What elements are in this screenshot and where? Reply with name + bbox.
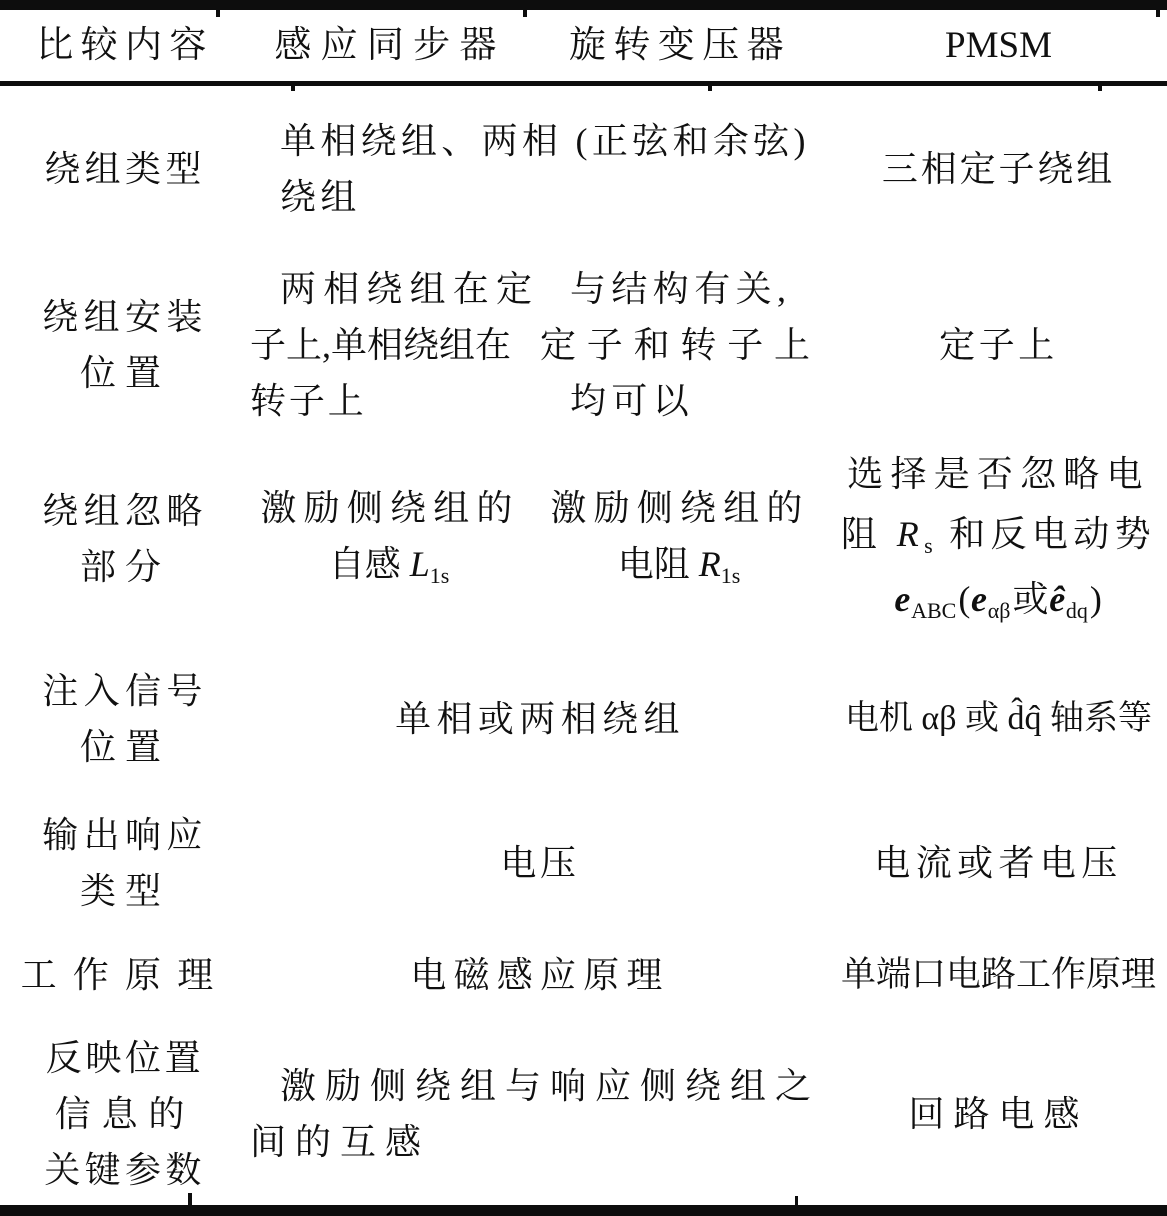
var-R1s: R bbox=[699, 544, 721, 584]
cell-mounting-inductosyn: 两相绕组在定 子上,单相绕组在 转子上 bbox=[250, 252, 530, 437]
cell-winding-type-sensors: 单相绕组、两相 (正弦和余弦) 绕组 bbox=[250, 86, 830, 252]
cell-line: 均可以 bbox=[570, 373, 694, 429]
header-label: 旋转变压器 bbox=[569, 18, 791, 74]
row-label-winding-type: 绕组类型 bbox=[0, 86, 250, 252]
header-cell-pmsm: PMSM bbox=[830, 10, 1167, 86]
header-label: PMSM bbox=[945, 18, 1052, 74]
cell-neglected-inductosyn: 激励侧绕组的 自感 L1s bbox=[250, 437, 530, 640]
cell-line: 转子上 bbox=[250, 373, 367, 429]
cell-line: 电阻 R1s bbox=[618, 536, 743, 597]
var-Rs: R bbox=[897, 514, 924, 554]
sub-alphabeta: αβ bbox=[988, 598, 1011, 623]
header-cell-compare: 比较内容 bbox=[0, 10, 250, 86]
sub-1s: 1s bbox=[430, 563, 450, 588]
cell-line: 激励侧绕组的 bbox=[550, 480, 809, 536]
cell-line: 激励侧绕组与响应侧绕组之 bbox=[280, 1058, 820, 1114]
row-label-neglected-part: 绕组忽略 部分 bbox=[0, 437, 250, 640]
comparison-table: 比较内容 感应同步器 旋转变压器 PMSM 绕组类型 单相绕组、两相 (正弦和余… bbox=[0, 10, 1167, 1205]
row-label-output-response: 输出响应 类型 bbox=[0, 798, 250, 928]
header-cell-resolver: 旋转变压器 bbox=[530, 10, 830, 86]
table-top-border bbox=[0, 0, 1167, 10]
cell-principle-sensors: 电磁感应原理 bbox=[250, 928, 830, 1022]
cell-injection-pmsm: 电机 αβ 或 d̂q̂ 轴系等 bbox=[830, 640, 1167, 798]
cell-output-sensors: 电压 bbox=[250, 798, 830, 928]
sub-dq: dq bbox=[1066, 598, 1088, 623]
var-e-hat-dq: ê bbox=[1049, 579, 1066, 619]
var-e-alphabeta: e bbox=[971, 579, 988, 619]
cell-mounting-resolver: 与结构有关, 定子和转子上 均可以 bbox=[530, 252, 830, 437]
var-L1s: L bbox=[410, 544, 430, 584]
cell-line: 阻 Rs 和反电动势 bbox=[841, 504, 1156, 569]
cell-line: 自感 L1s bbox=[329, 536, 452, 597]
header-cell-inductosyn: 感应同步器 bbox=[250, 10, 530, 86]
row-label-injection-position: 注入信号 位置 bbox=[0, 640, 250, 798]
cell-neglected-pmsm: 选择是否忽略电 阻 Rs 和反电动势 eABC(eαβ或êdq) bbox=[830, 437, 1167, 640]
cell-line: 定子和转子上 bbox=[540, 317, 821, 373]
sub-s: s bbox=[924, 533, 933, 558]
cell-winding-type-pmsm: 三相定子绕组 bbox=[830, 86, 1167, 252]
cell-line: 选择是否忽略电 bbox=[847, 444, 1149, 504]
cell-key-parameter-pmsm: 回路电感 bbox=[830, 1022, 1167, 1205]
back-emf-formula: eABC(eαβ或êdq) bbox=[894, 569, 1102, 634]
cell-line: 两相绕组在定 bbox=[280, 261, 539, 317]
table-bottom-border bbox=[0, 1205, 1167, 1216]
cell-line: 与结构有关, bbox=[570, 261, 791, 317]
comparison-table-page: 比较内容 感应同步器 旋转变压器 PMSM 绕组类型 单相绕组、两相 (正弦和余… bbox=[0, 0, 1167, 1216]
sub-abc: ABC bbox=[911, 598, 956, 623]
row-label-key-parameter: 反映位置 信息的 关键参数 bbox=[0, 1022, 250, 1205]
cell-neglected-resolver: 激励侧绕组的 电阻 R1s bbox=[530, 437, 830, 640]
row-label-working-principle: 工作原理 bbox=[0, 928, 250, 1022]
cell-output-pmsm: 电流或者电压 bbox=[830, 798, 1167, 928]
cell-line: 间的互感 bbox=[250, 1114, 430, 1170]
cell-line: 单相绕组、两相 (正弦和余弦) bbox=[280, 113, 810, 169]
cell-line: 绕组 bbox=[280, 169, 361, 225]
cell-injection-sensors: 单相或两相绕组 bbox=[250, 640, 830, 798]
header-label: 比较内容 bbox=[36, 18, 214, 74]
cell-principle-pmsm: 单端口电路工作原理 bbox=[830, 928, 1167, 1022]
cell-mounting-pmsm: 定子上 bbox=[830, 252, 1167, 437]
sub-1s: 1s bbox=[721, 563, 741, 588]
cell-key-parameter-sensors: 激励侧绕组与响应侧绕组之 间的互感 bbox=[250, 1022, 830, 1205]
cell-line: 激励侧绕组的 bbox=[260, 480, 519, 536]
header-label: 感应同步器 bbox=[274, 18, 505, 74]
row-label-mounting-position: 绕组安装 位置 bbox=[0, 252, 250, 437]
cell-line: 子上,单相绕组在 bbox=[250, 317, 511, 373]
var-e-abc: e bbox=[894, 579, 911, 619]
